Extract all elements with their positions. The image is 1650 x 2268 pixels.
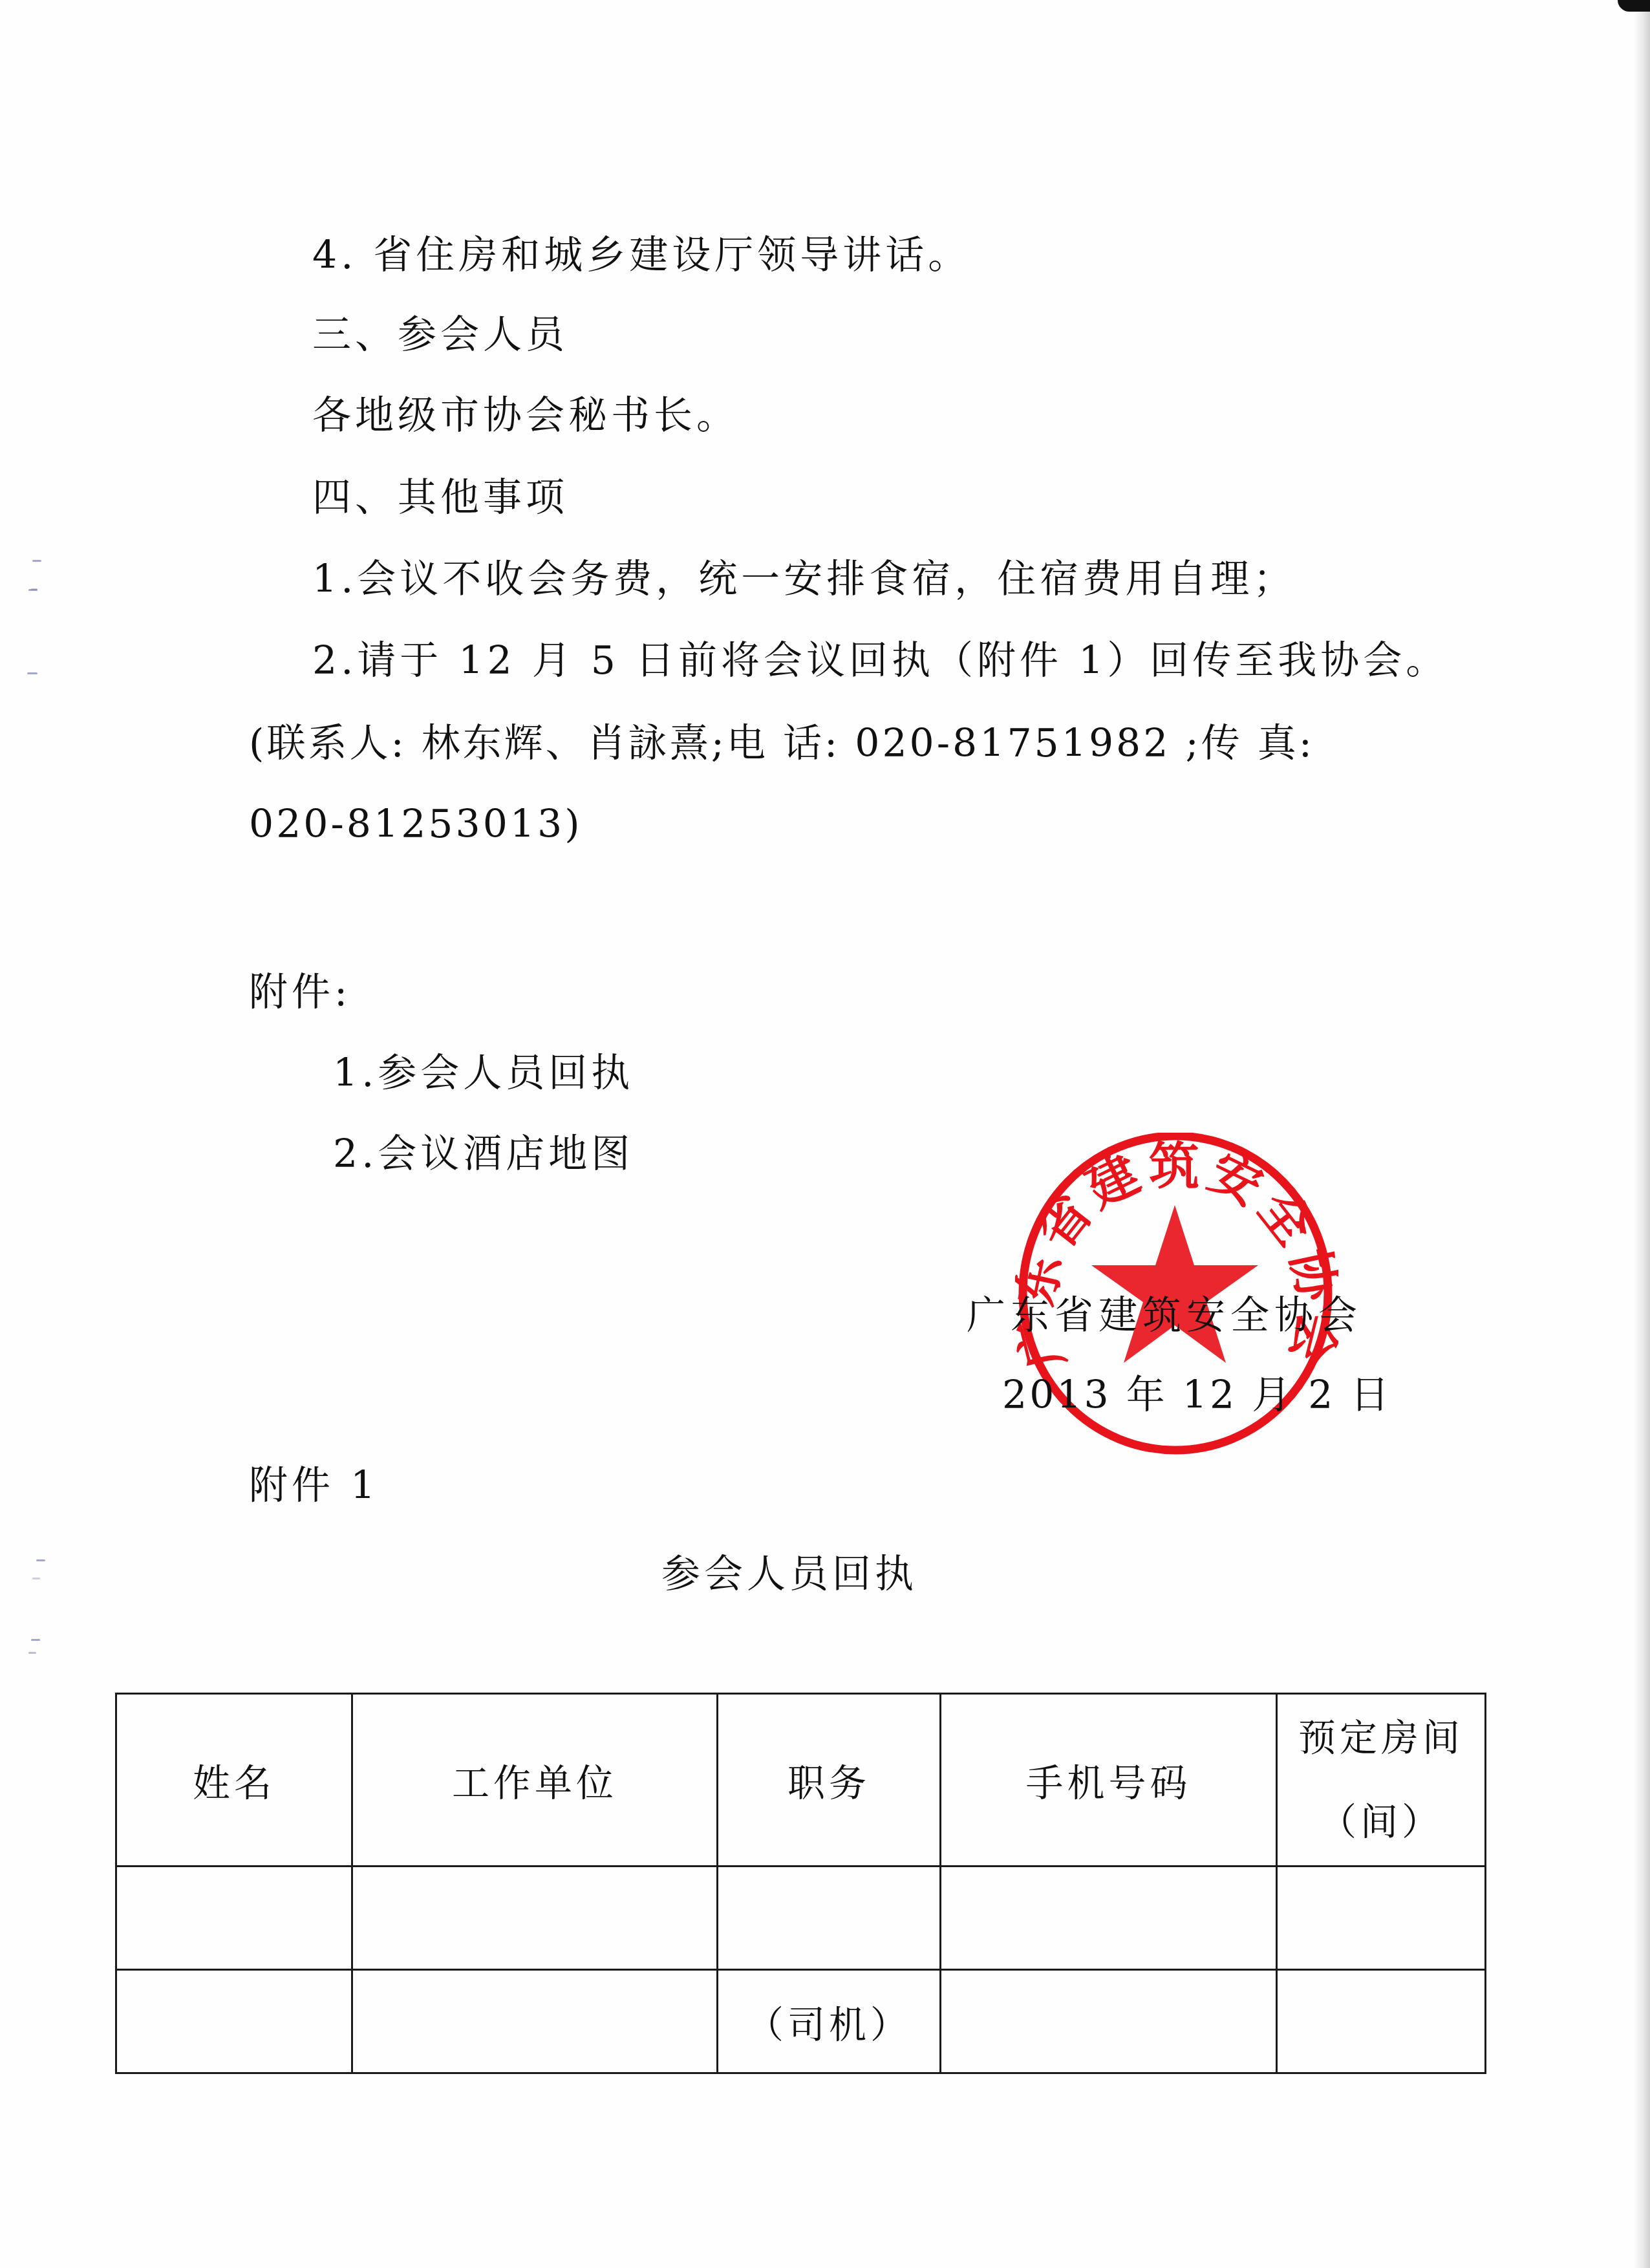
header-room-booking-line-2: （间） — [1278, 1780, 1484, 1864]
cell-name[interactable] — [116, 1970, 352, 2073]
signature-date: 2013 年 12 月 2 日 — [1002, 1376, 1392, 1415]
scan-corner-shadow — [1618, 0, 1650, 12]
cell-room-booking[interactable] — [1277, 1970, 1486, 2073]
header-position: 职务 — [718, 1694, 941, 1867]
header-name: 姓名 — [116, 1694, 352, 1867]
margin-scan-mark — [28, 1652, 36, 1654]
scan-edge — [1633, 0, 1650, 2268]
margin-scan-mark — [27, 672, 37, 674]
section-4-item-2: 2.请于 12 月 5 日前将会议回执（附件 1）回传至我协会。 — [312, 641, 1448, 680]
section-4-heading: 四、其他事项 — [312, 478, 568, 517]
attachment-1-title: 参会人员回执 — [661, 1555, 917, 1594]
margin-scan-mark — [36, 1559, 45, 1561]
attachments-label: 附件: — [249, 973, 351, 1012]
attendee-receipt-table: 姓名 工作单位 职务 手机号码 预定房间 （间） （司机） — [115, 1693, 1486, 2074]
cell-room-booking[interactable] — [1277, 1867, 1486, 1970]
cell-work-unit[interactable] — [352, 1867, 718, 1970]
section-3-body: 各地级市协会秘书长。 — [312, 396, 739, 435]
contact-line-1: (联系人: 林东辉、肖詠熹;电 话: 020-81751982 ;传 真: — [249, 724, 1314, 763]
header-work-unit: 工作单位 — [352, 1694, 718, 1867]
contact-line-2: 020-81253013) — [249, 805, 583, 844]
table-row — [116, 1867, 1486, 1970]
agenda-item-4: 4. 省住房和城乡建设厅领导讲话。 — [312, 236, 970, 275]
cell-position[interactable] — [718, 1867, 941, 1970]
header-room-booking: 预定房间 （间） — [1277, 1694, 1486, 1867]
section-4-item-1: 1.会议不收会务费，统一安排食宿，住宿费用自理； — [312, 560, 1296, 599]
margin-scan-mark — [32, 1578, 40, 1579]
cell-name[interactable] — [116, 1867, 352, 1970]
header-room-booking-line-1: 预定房间 — [1278, 1696, 1484, 1780]
attachment-1-label: 附件 1 — [249, 1466, 379, 1505]
cell-mobile[interactable] — [941, 1970, 1277, 2073]
header-mobile: 手机号码 — [941, 1694, 1277, 1867]
signature-organization: 广东省建筑安全协会 — [967, 1296, 1362, 1335]
margin-scan-mark — [32, 560, 41, 562]
document-page: 4. 省住房和城乡建设厅领导讲话。 三、参会人员 各地级市协会秘书长。 四、其他… — [0, 0, 1650, 2268]
margin-scan-mark — [31, 1639, 40, 1641]
cell-position[interactable]: （司机） — [718, 1970, 941, 2073]
table-header-row: 姓名 工作单位 职务 手机号码 预定房间 （间） — [116, 1694, 1486, 1867]
cell-work-unit[interactable] — [352, 1970, 718, 2073]
attachment-item-2: 2.会议酒店地图 — [333, 1135, 634, 1173]
table-row: （司机） — [116, 1970, 1486, 2073]
star-icon — [1091, 1205, 1258, 1363]
attachment-item-1: 1.参会人员回执 — [333, 1054, 634, 1093]
cell-mobile[interactable] — [941, 1867, 1277, 1970]
margin-scan-mark — [28, 589, 37, 591]
section-3-heading: 三、参会人员 — [312, 316, 568, 354]
